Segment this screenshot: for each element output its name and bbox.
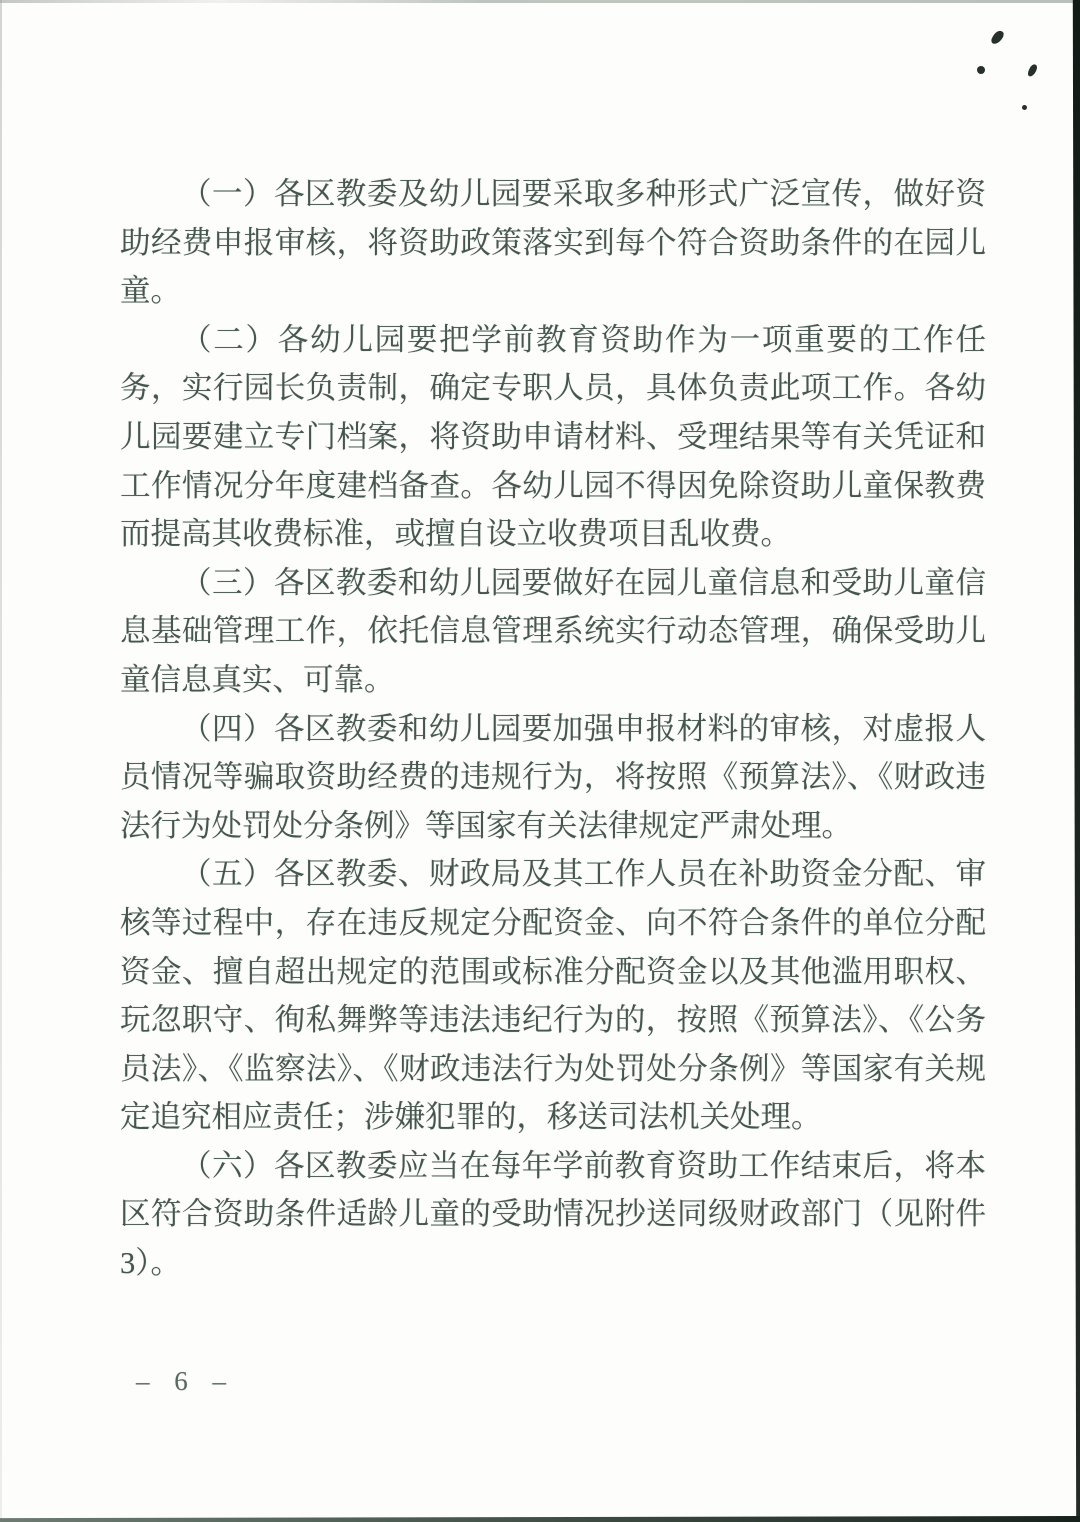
scan-edge-right [1070, 0, 1080, 1522]
paragraph-item-3: （三）各区教委和幼儿园要做好在园儿童信息和受助儿童信息基础管理工作，依托信息管理… [120, 559, 986, 705]
paragraph-item-5: （五）各区教委、财政局及其工作人员在补助资金分配、审核等过程中，存在违反规定分配… [120, 850, 986, 1142]
ink-speck [1027, 63, 1039, 78]
ink-speck [990, 29, 1006, 46]
page-number: – 6 – [136, 1366, 235, 1397]
scanned-page: （一）各区教委及幼儿园要采取多种形式广泛宣传，做好资助经费申报审核，将资助政策落… [0, 0, 1080, 1522]
paragraph-item-6: （六）各区教委应当在每年学前教育资助工作结束后，将本区符合资助条件适龄儿童的受助… [120, 1142, 986, 1288]
scan-edge-left [0, 0, 2, 1522]
paragraph-item-4: （四）各区教委和幼儿园要加强申报材料的审核，对虚报人员情况等骗取资助经费的违规行… [120, 705, 986, 851]
paragraph-item-1: （一）各区教委及幼儿园要采取多种形式广泛宣传，做好资助经费申报审核，将资助政策落… [120, 170, 986, 316]
scan-edge-top [0, 0, 1080, 3]
paragraph-item-2: （二）各幼儿园要把学前教育资助作为一项重要的工作任务，实行园长负责制，确定专职人… [120, 316, 986, 559]
scan-edge-bottom [0, 1515, 1080, 1522]
ink-speck [977, 66, 985, 74]
ink-speck [1022, 105, 1027, 110]
document-body: （一）各区教委及幼儿园要采取多种形式广泛宣传，做好资助经费申报审核，将资助政策落… [120, 170, 986, 1288]
